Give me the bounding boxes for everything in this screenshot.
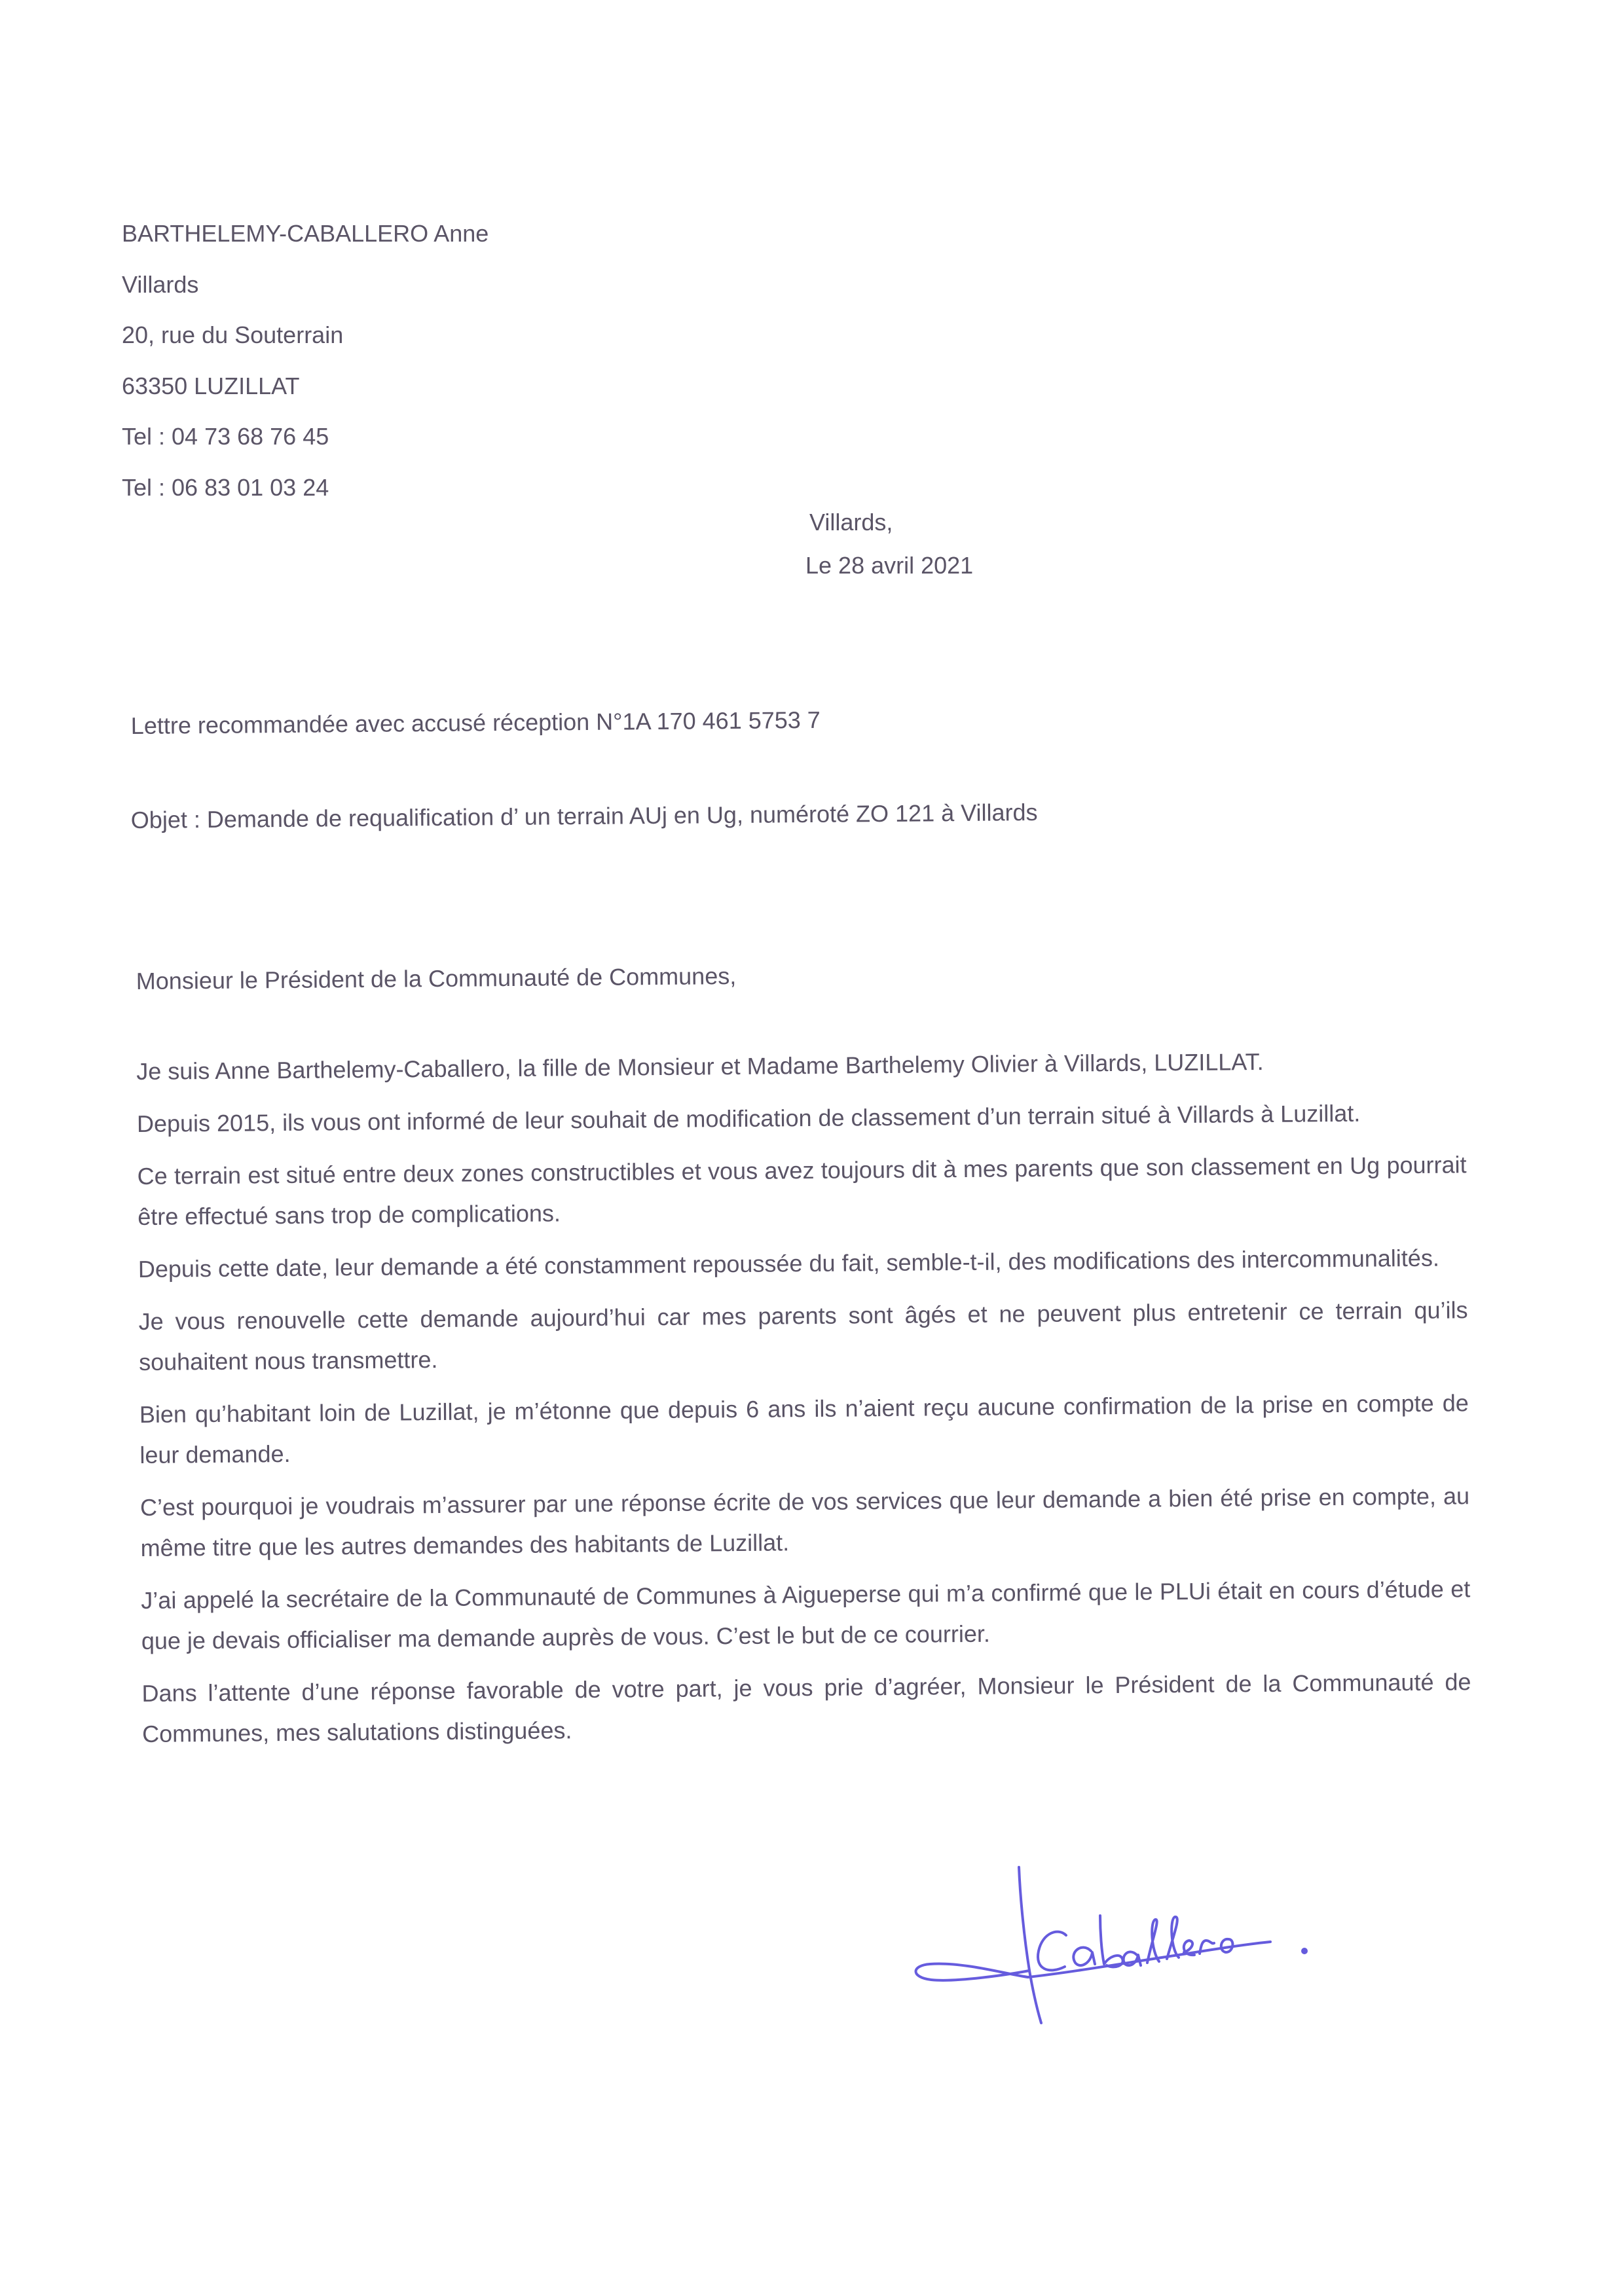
sender-phone-1: Tel : 04 73 68 76 45 — [122, 411, 489, 462]
signature-icon — [904, 1859, 1323, 2030]
paragraph: Je vous renouvelle cette demande aujourd… — [138, 1290, 1468, 1383]
place-date-block: Villards, Le 28 avril 2021 — [809, 501, 973, 587]
paragraph: Je suis Anne Barthelemy-Caballero, la fi… — [136, 1040, 1466, 1092]
paragraph: Ce terrain est situé entre deux zones co… — [137, 1144, 1467, 1237]
paragraph: Dans l’attente d’une réponse favorable d… — [141, 1662, 1471, 1755]
salutation: Monsieur le Président de la Communauté d… — [136, 962, 737, 995]
place: Villards, — [809, 501, 973, 544]
paragraph: J’ai appelé la secrétaire de la Communau… — [141, 1569, 1471, 1662]
handwritten-signature — [904, 1859, 1323, 2030]
sender-name: BARTHELEMY-CABALLERO Anne — [122, 208, 489, 259]
sender-locality: Villards — [122, 259, 489, 310]
letter-body: Je suis Anne Barthelemy-Caballero, la fi… — [136, 1040, 1471, 1766]
sender-postal-city: 63350 LUZILLAT — [122, 361, 489, 412]
registered-mail-line: Lettre recommandée avec accusé réception… — [131, 706, 821, 740]
paragraph: Bien qu’habitant loin de Luzillat, je m’… — [139, 1383, 1469, 1476]
sender-phone-2: Tel : 06 83 01 03 24 — [122, 462, 489, 513]
sender-street: 20, rue du Souterrain — [122, 310, 489, 361]
paragraph: C’est pourquoi je voudrais m’assurer par… — [140, 1476, 1470, 1569]
sender-block: BARTHELEMY-CABALLERO Anne Villards 20, r… — [122, 208, 489, 513]
letter-page: BARTHELEMY-CABALLERO Anne Villards 20, r… — [0, 0, 1624, 2296]
paragraph: Depuis cette date, leur demande a été co… — [138, 1237, 1467, 1290]
date: Le 28 avril 2021 — [805, 544, 973, 587]
subject-line: Objet : Demande de requalification d’ un… — [131, 799, 1038, 834]
paragraph: Depuis 2015, ils vous ont informé de leu… — [137, 1092, 1466, 1144]
